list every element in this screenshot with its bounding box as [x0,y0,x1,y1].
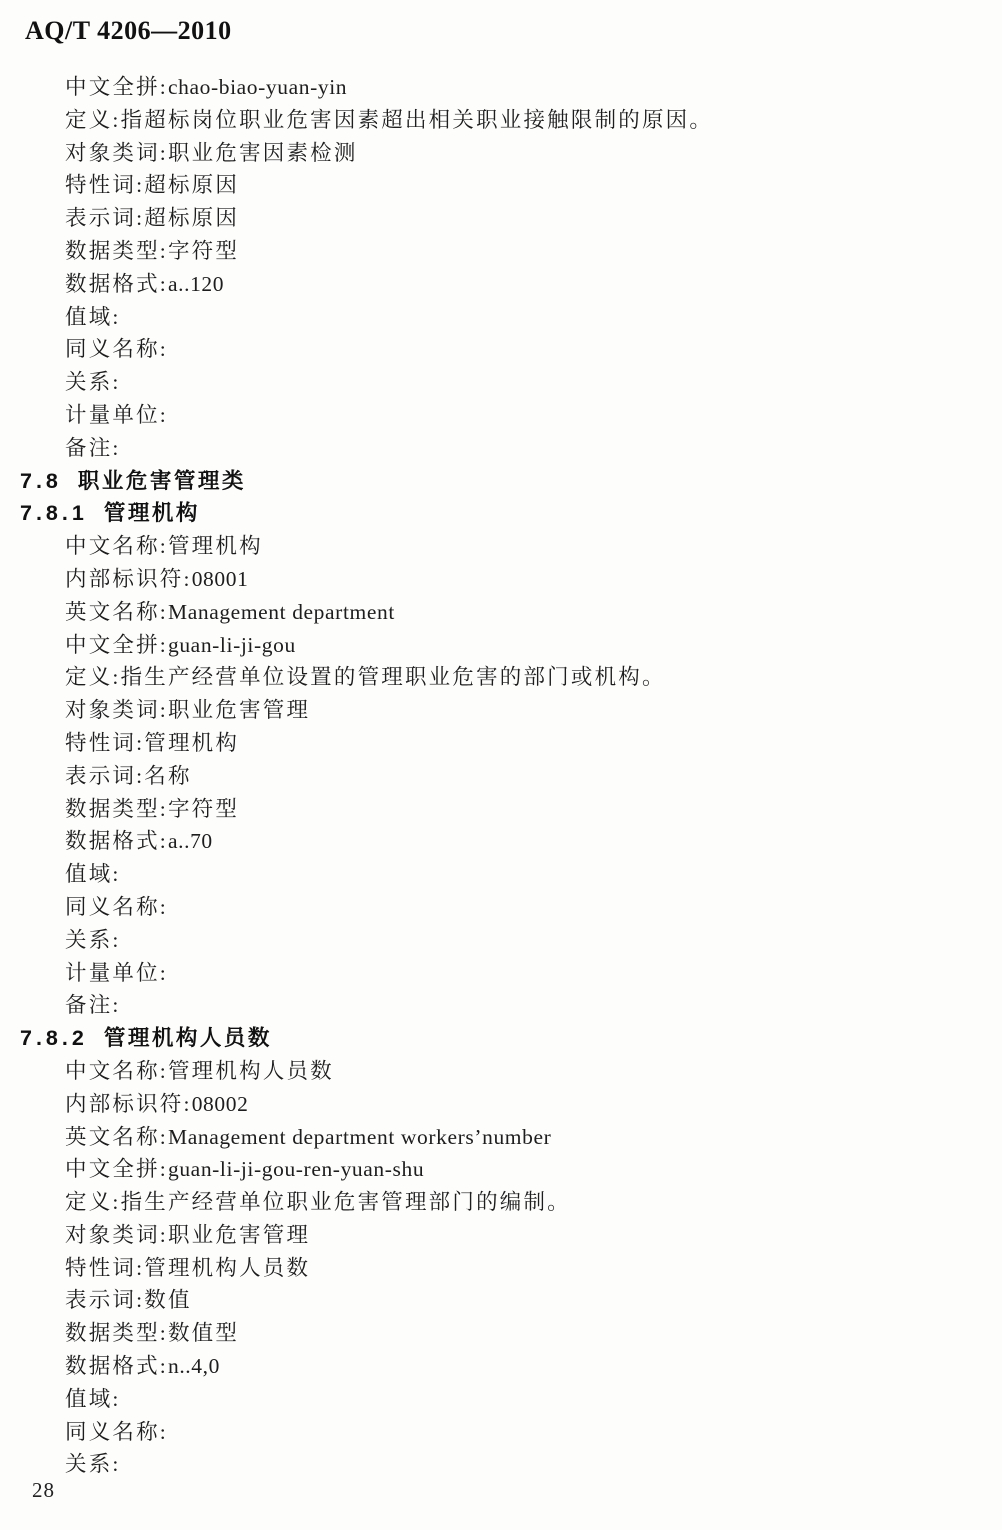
field-line: 同义名称: [0,1416,1002,1449]
field-value: chao-biao-yuan-yin [168,75,347,99]
field-line: 表示词:名称 [0,760,1002,793]
section-title: 管理机构 [104,501,200,525]
field-value: guan-li-ji-gou [168,633,296,657]
field-line: 计量单位: [0,399,1002,432]
field-line: 数据格式:n..4,0 [0,1350,1002,1383]
field-label: 定义: [65,1190,121,1214]
section-title: 职业危害管理类 [78,469,246,493]
field-label: 中文全拼: [65,633,168,657]
field-label: 中文全拼: [65,75,168,99]
field-line: 同义名称: [0,891,1002,924]
field-line: 值域: [0,858,1002,891]
field-line: 备注: [0,432,1002,465]
page-number: 28 [32,1478,55,1503]
section-number: 7.8.2 [20,1026,88,1050]
field-label: 数据格式: [65,829,168,853]
field-label: 值域: [65,862,121,886]
field-line: 数据格式:a..120 [0,268,1002,301]
field-line: 英文名称:Management department [0,596,1002,629]
field-label: 同义名称: [65,337,168,361]
section-heading-7-8: 7.8职业危害管理类 [0,465,1002,498]
field-line: 表示词:数值 [0,1284,1002,1317]
field-label: 备注: [65,436,121,460]
field-line: 中文全拼:chao-biao-yuan-yin [0,71,1002,104]
section-number: 7.8.1 [20,501,88,525]
field-label: 数据格式: [65,1354,168,1378]
field-label: 表示词: [65,1288,144,1312]
field-line: 数据格式:a..70 [0,825,1002,858]
field-value: 超标原因 [144,173,239,197]
field-value: 字符型 [168,797,239,821]
field-label: 中文名称: [65,534,168,558]
field-value: 管理机构人员数 [144,1256,310,1280]
field-line: 数据类型:字符型 [0,235,1002,268]
field-line: 对象类词:职业危害因素检测 [0,137,1002,170]
field-line: 对象类词:职业危害管理 [0,694,1002,727]
field-line: 关系: [0,924,1002,957]
document-page: { "header": { "doc_number": "AQ/T 4206—2… [0,0,1002,1530]
field-label: 表示词: [65,764,144,788]
field-label: 同义名称: [65,1420,168,1444]
document-body: 中文全拼:chao-biao-yuan-yin 定义:指超标岗位职业危害因素超出… [0,71,1002,1481]
field-line: 定义:指超标岗位职业危害因素超出相关职业接触限制的原因。 [0,104,1002,137]
field-value: 名称 [144,764,191,788]
field-value: 管理机构 [168,534,263,558]
field-label: 计量单位: [65,403,168,427]
field-value: 指生产经营单位职业危害管理部门的编制。 [121,1190,571,1214]
field-label: 表示词: [65,206,144,230]
field-label: 数据格式: [65,272,168,296]
field-line: 计量单位: [0,957,1002,990]
field-value: 数值 [144,1288,191,1312]
field-value: 08001 [192,567,249,591]
field-value: a..120 [168,272,224,296]
doc-number-header: AQ/T 4206—2010 [25,16,232,46]
field-label: 内部标识符: [65,567,192,591]
field-value: 职业危害管理 [168,698,310,722]
field-line: 关系: [0,1448,1002,1481]
field-value: 管理机构 [144,731,239,755]
field-line: 中文名称:管理机构人员数 [0,1055,1002,1088]
field-label: 同义名称: [65,895,168,919]
field-value: 职业危害管理 [168,1223,310,1247]
field-line: 中文全拼:guan-li-ji-gou [0,629,1002,662]
field-value: guan-li-ji-gou-ren-yuan-shu [168,1157,424,1181]
field-value: Management department [168,600,395,624]
section-heading-7-8-1: 7.8.1管理机构 [0,497,1002,530]
field-line: 内部标识符:08002 [0,1088,1002,1121]
field-label: 数据类型: [65,797,168,821]
field-line: 值域: [0,301,1002,334]
field-line: 表示词:超标原因 [0,202,1002,235]
field-value: n..4,0 [168,1354,220,1378]
field-value: 数值型 [168,1321,239,1345]
field-line: 英文名称:Management department workers’numbe… [0,1121,1002,1154]
section-title: 管理机构人员数 [104,1026,272,1050]
field-label: 中文名称: [65,1059,168,1083]
field-line: 同义名称: [0,333,1002,366]
section-number: 7.8 [20,469,62,493]
field-label: 关系: [65,1452,121,1476]
section-heading-7-8-2: 7.8.2管理机构人员数 [0,1022,1002,1055]
field-line: 特性词:管理机构人员数 [0,1252,1002,1285]
field-line: 值域: [0,1383,1002,1416]
field-label: 特性词: [65,731,144,755]
field-value: 指生产经营单位设置的管理职业危害的部门或机构。 [121,665,666,689]
field-label: 备注: [65,993,121,1017]
field-value: 08002 [192,1092,249,1116]
field-line: 关系: [0,366,1002,399]
field-label: 对象类词: [65,698,168,722]
field-line: 中文名称:管理机构 [0,530,1002,563]
field-label: 特性词: [65,173,144,197]
field-label: 值域: [65,305,121,329]
field-value: a..70 [168,829,213,853]
field-line: 定义:指生产经营单位设置的管理职业危害的部门或机构。 [0,661,1002,694]
field-label: 对象类词: [65,1223,168,1247]
field-line: 数据类型:数值型 [0,1317,1002,1350]
field-line: 定义:指生产经营单位职业危害管理部门的编制。 [0,1186,1002,1219]
field-label: 关系: [65,370,121,394]
field-label: 定义: [65,108,121,132]
field-label: 英文名称: [65,600,168,624]
field-line: 内部标识符:08001 [0,563,1002,596]
field-value: 字符型 [168,239,239,263]
field-label: 定义: [65,665,121,689]
field-line: 对象类词:职业危害管理 [0,1219,1002,1252]
field-line: 数据类型:字符型 [0,793,1002,826]
field-label: 计量单位: [65,961,168,985]
field-value: 管理机构人员数 [168,1059,334,1083]
field-label: 英文名称: [65,1125,168,1149]
field-line: 特性词:管理机构 [0,727,1002,760]
field-line: 备注: [0,989,1002,1022]
field-label: 值域: [65,1387,121,1411]
field-value: Management department workers’number [168,1125,551,1149]
field-value: 指超标岗位职业危害因素超出相关职业接触限制的原因。 [121,108,714,132]
field-value: 超标原因 [144,206,239,230]
field-line: 特性词:超标原因 [0,169,1002,202]
field-label: 数据类型: [65,1321,168,1345]
field-label: 关系: [65,928,121,952]
field-label: 特性词: [65,1256,144,1280]
field-label: 对象类词: [65,141,168,165]
field-line: 中文全拼:guan-li-ji-gou-ren-yuan-shu [0,1153,1002,1186]
field-label: 数据类型: [65,239,168,263]
field-value: 职业危害因素检测 [168,141,358,165]
field-label: 中文全拼: [65,1157,168,1181]
field-label: 内部标识符: [65,1092,192,1116]
